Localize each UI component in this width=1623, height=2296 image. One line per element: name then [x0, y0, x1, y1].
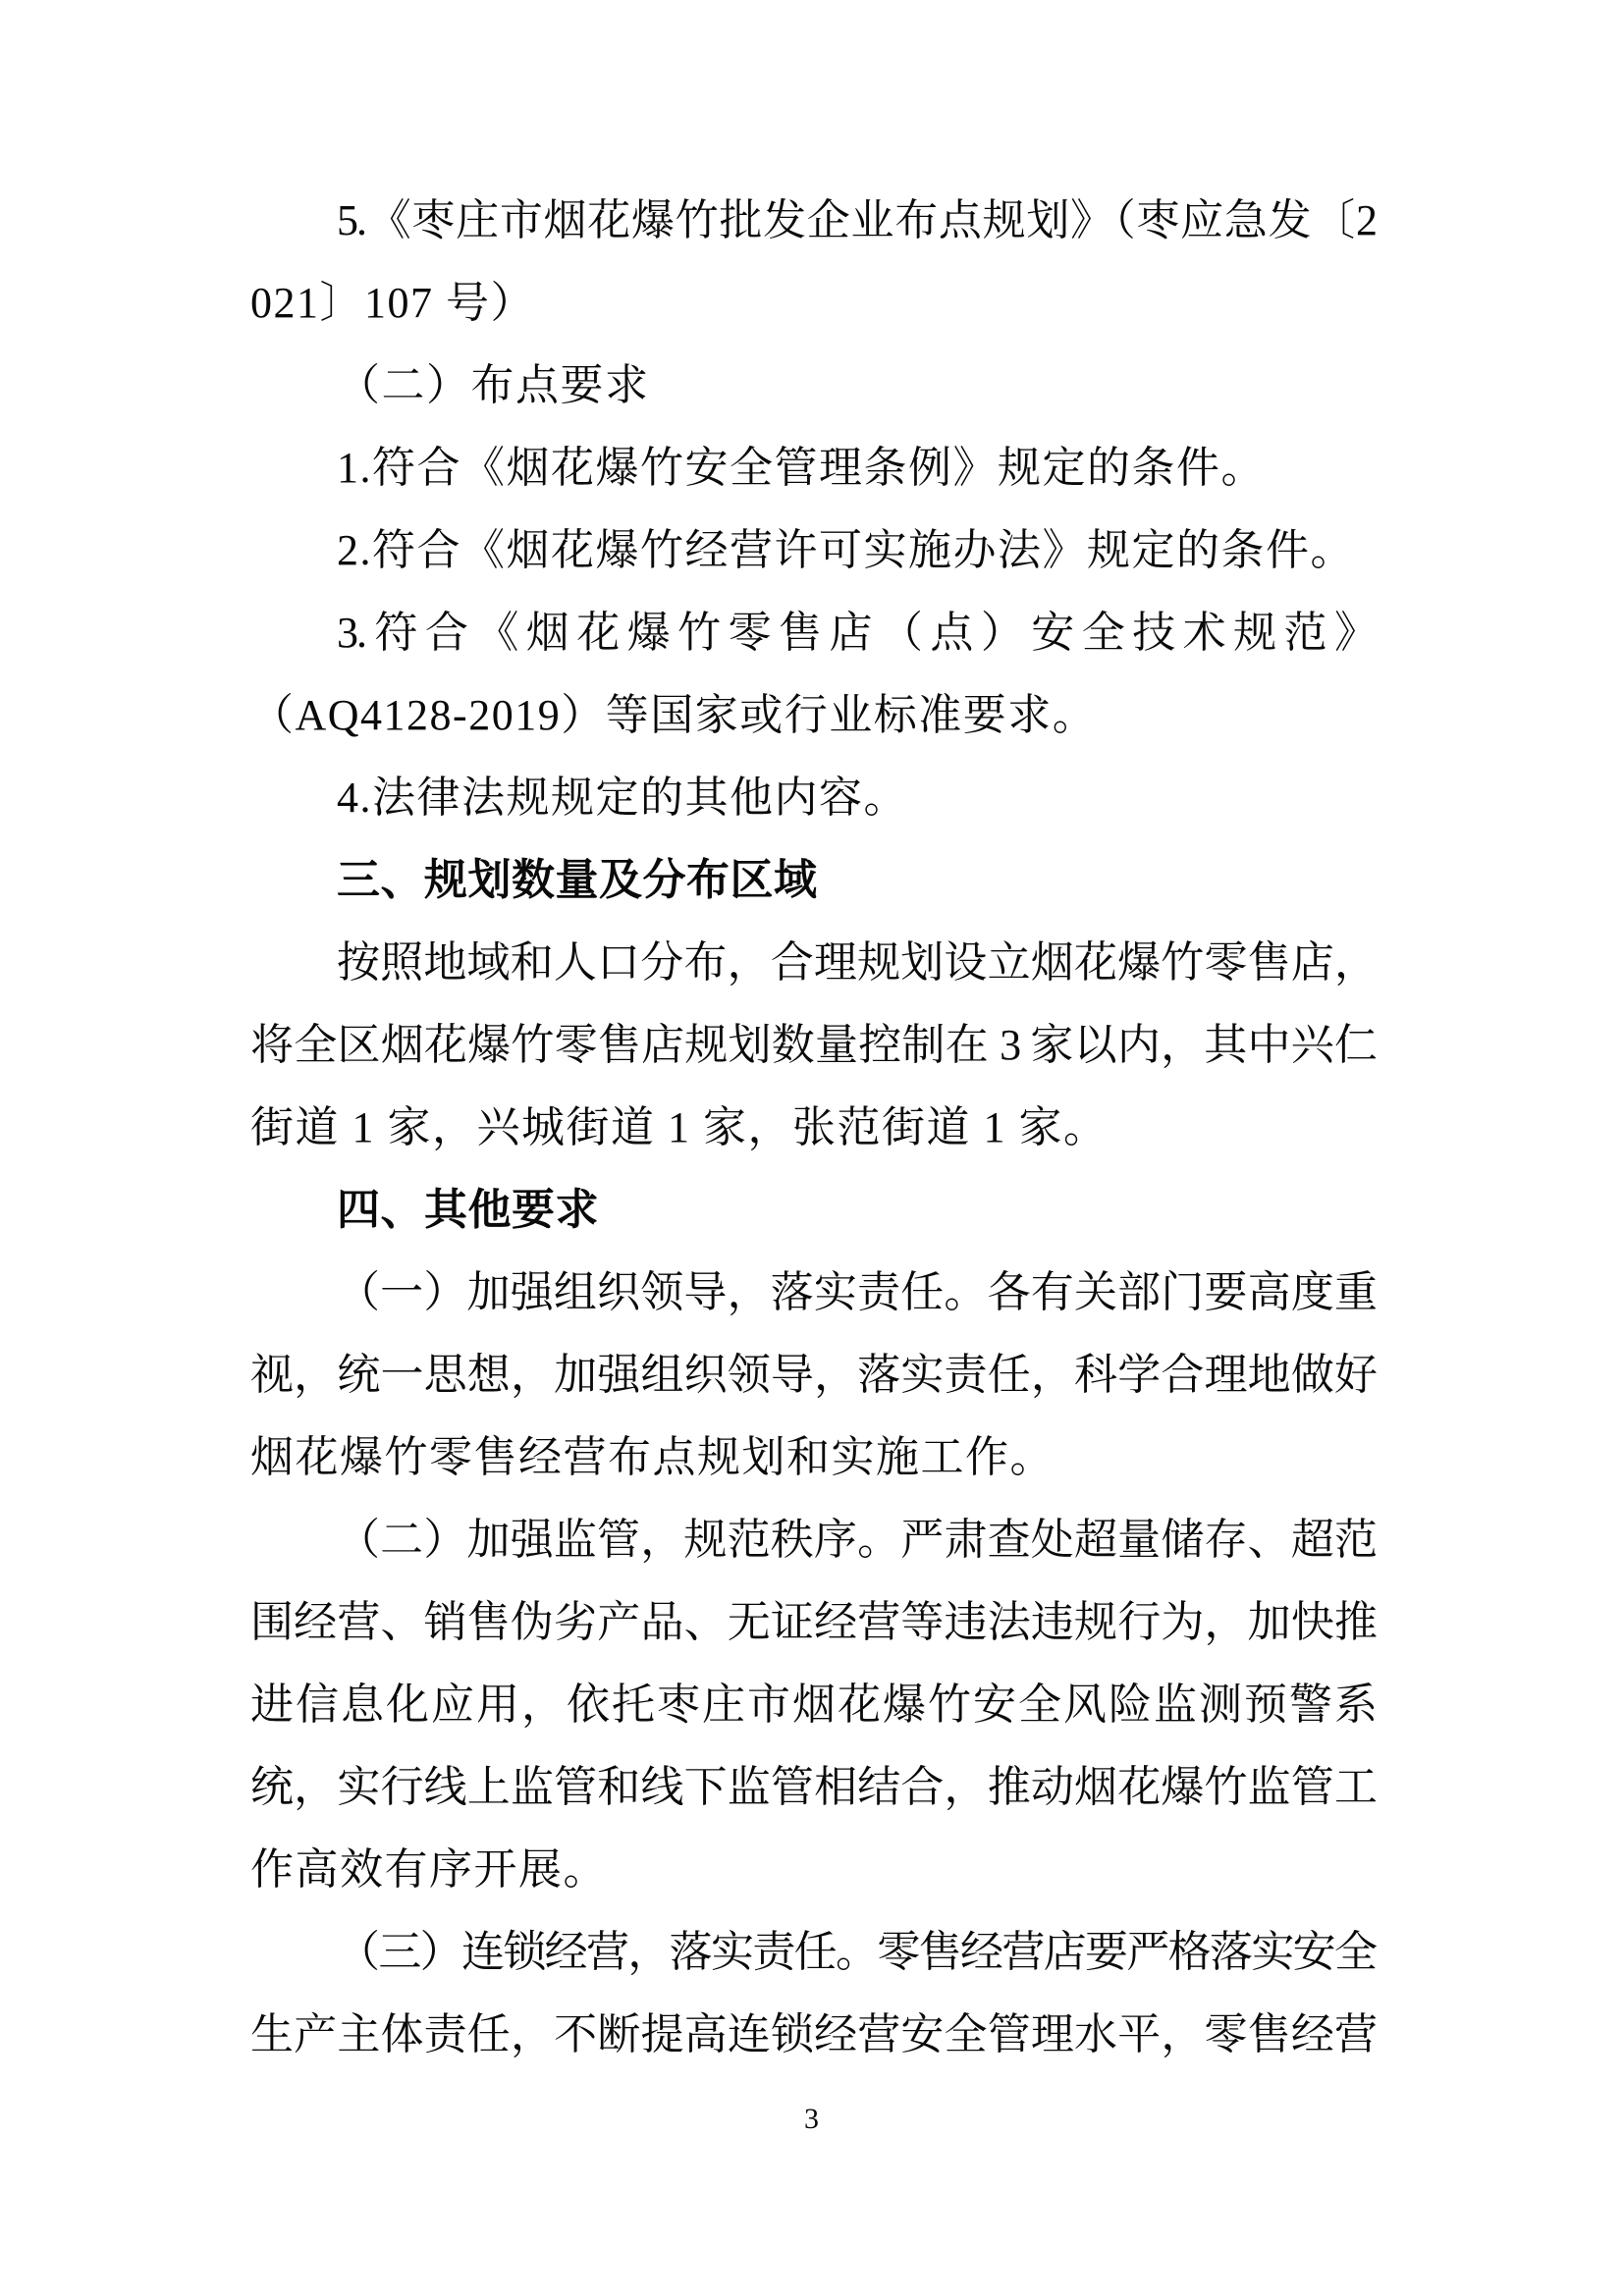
line-text: 将全区烟花爆竹零售店规划数量控制在 3 家以内，其中兴仁 [250, 1021, 1376, 1069]
line-text: 各有关部门要高度重 [988, 1268, 1376, 1316]
line-text: 围经营、销售伪劣产品、无证经营等违法违规行为，加快推 [250, 1598, 1376, 1646]
text-line: 按照地域和人口分布，合理规划设立烟花爆竹零售店， [250, 922, 1376, 1004]
line-text: 5.《枣庄市烟花爆竹批发企业布点规划》（枣应急发〔2 [337, 196, 1376, 244]
text-line: 4.法律法规规定的其他内容。 [250, 757, 1376, 839]
line-text: 021〕107 号） [250, 279, 535, 327]
line-text: 严肃查处超量储存、超范 [900, 1516, 1376, 1564]
line-text: 视，统一思想，加强组织领导，落实责任，科学合理地做好 [250, 1351, 1376, 1399]
text-line: （三）连锁经营，落实责任。零售经营店要严格落实安全 [250, 1911, 1376, 1994]
line-text: 零售经营店要严格落实安全 [877, 1928, 1376, 1976]
line-text: 烟花爆竹零售经营布点规划和实施工作。 [250, 1433, 1055, 1481]
kaiti-lead-text: （二）加强监管，规范秩序。 [337, 1516, 900, 1564]
text-line: 三、规划数量及分布区域 [250, 839, 1376, 922]
line-text: 3.符合《烟花爆竹零售店（点）安全技术规范》 [337, 609, 1376, 657]
line-text: 生产主体责任，不断提高连锁经营安全管理水平，零售经营 [250, 2010, 1376, 2058]
document-page: 5.《枣庄市烟花爆竹批发企业布点规划》（枣应急发〔2021〕107 号）（二）布… [0, 0, 1623, 2296]
text-line: 烟花爆竹零售经营布点规划和实施工作。 [250, 1416, 1376, 1499]
line-text: 三、规划数量及分布区域 [337, 856, 818, 904]
text-line: 2.符合《烟花爆竹经营许可实施办法》规定的条件。 [250, 509, 1376, 592]
kaiti-lead-text: （一）加强组织领导，落实责任。 [337, 1268, 988, 1316]
line-text: 1.符合《烟花爆竹安全管理条例》规定的条件。 [337, 444, 1266, 492]
text-line: 5.《枣庄市烟花爆竹批发企业布点规划》（枣应急发〔2 [250, 180, 1376, 262]
text-line: 生产主体责任，不断提高连锁经营安全管理水平，零售经营 [250, 1994, 1376, 2076]
text-line: （二）布点要求 [250, 345, 1376, 427]
text-line: 街道 1 家，兴城街道 1 家，张范街道 1 家。 [250, 1087, 1376, 1169]
text-line: 3.符合《烟花爆竹零售店（点）安全技术规范》 [250, 592, 1376, 674]
line-text: 统，实行线上监管和线下监管相结合，推动烟花爆竹监管工 [250, 1763, 1376, 1811]
text-line: （二）加强监管，规范秩序。严肃查处超量储存、超范 [250, 1499, 1376, 1581]
line-text: 4.法律法规规定的其他内容。 [337, 774, 908, 822]
line-text: 2.符合《烟花爆竹经营许可实施办法》规定的条件。 [337, 526, 1355, 574]
text-line: 将全区烟花爆竹零售店规划数量控制在 3 家以内，其中兴仁 [250, 1004, 1376, 1087]
line-text: 作高效有序开展。 [250, 1845, 608, 1894]
text-line: 四、其他要求 [250, 1169, 1376, 1252]
text-line: 1.符合《烟花爆竹安全管理条例》规定的条件。 [250, 427, 1376, 509]
text-line: 进信息化应用，依托枣庄市烟花爆竹安全风险监测预警系 [250, 1664, 1376, 1746]
line-text: 街道 1 家，兴城街道 1 家，张范街道 1 家。 [250, 1103, 1109, 1151]
text-line: 统，实行线上监管和线下监管相结合，推动烟花爆竹监管工 [250, 1746, 1376, 1829]
line-text: 按照地域和人口分布，合理规划设立烟花爆竹零售店， [337, 938, 1376, 987]
text-line: 作高效有序开展。 [250, 1829, 1376, 1911]
text-line: 021〕107 号） [250, 262, 1376, 345]
text-line: （AQ4128-2019）等国家或行业标准要求。 [250, 674, 1376, 757]
document-body: 5.《枣庄市烟花爆竹批发企业布点规划》（枣应急发〔2021〕107 号）（二）布… [250, 180, 1376, 2076]
line-text: （二）布点要求 [337, 361, 650, 409]
line-text: （AQ4128-2019）等国家或行业标准要求。 [250, 691, 1097, 739]
text-line: （一）加强组织领导，落实责任。各有关部门要高度重 [250, 1252, 1376, 1334]
page-number: 3 [0, 2095, 1623, 2144]
text-line: 围经营、销售伪劣产品、无证经营等违法违规行为，加快推 [250, 1581, 1376, 1664]
line-text: 四、其他要求 [337, 1186, 599, 1234]
text-line: 视，统一思想，加强组织领导，落实责任，科学合理地做好 [250, 1334, 1376, 1416]
kaiti-lead-text: （三）连锁经营，落实责任。 [337, 1928, 877, 1976]
line-text: 进信息化应用，依托枣庄市烟花爆竹安全风险监测预警系 [250, 1681, 1376, 1729]
